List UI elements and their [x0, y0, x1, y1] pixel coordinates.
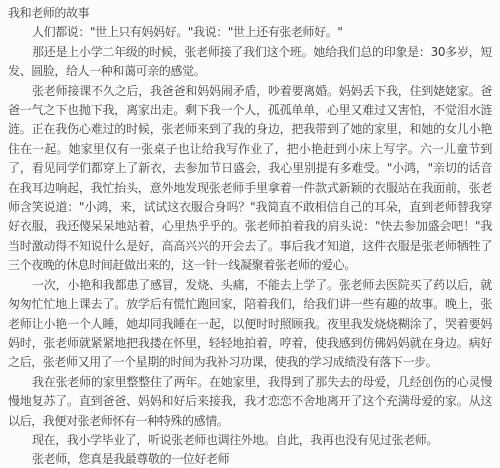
essay-paragraph: 张老师，您真是我最尊敬的一位好老师 [8, 450, 492, 468]
essay-body: 人们都说："世上只有妈妈好。"我说："世上还有张老师好。"那还是上小学二年级的时… [8, 23, 492, 468]
essay-paragraph: 张老师接课不久之后，我爸爸和妈妈闹矛盾，吵着要离婚。妈妈丢下我，住到姥姥家。爸爸… [8, 82, 492, 276]
essay-paragraph: 那还是上小学二年级的时候，张老师接了我们这个班。她给我们总的印象是：30多岁，短… [8, 43, 492, 82]
essay-paragraph: 现在，我小学毕业了，听说张老师也调往外地。自此，我再也没有见过张老师。 [8, 431, 492, 450]
essay-paragraph: 一次，小艳和我都患了感冒，发烧、头痛，不能去上学了。张老师去医院买了药以后，就匆… [8, 276, 492, 373]
essay-paragraph: 我在张老师的家里整整住了两年。在她家里，我得到了那失去的母爱，几经创伤的心灵慢慢… [8, 373, 492, 431]
essay-paragraph: 人们都说："世上只有妈妈好。"我说："世上还有张老师好。" [8, 23, 492, 42]
essay-title: 我和老师的故事 [8, 4, 492, 23]
document-page: 我和老师的故事 人们都说："世上只有妈妈好。"我说："世上还有张老师好。"那还是… [0, 0, 500, 468]
